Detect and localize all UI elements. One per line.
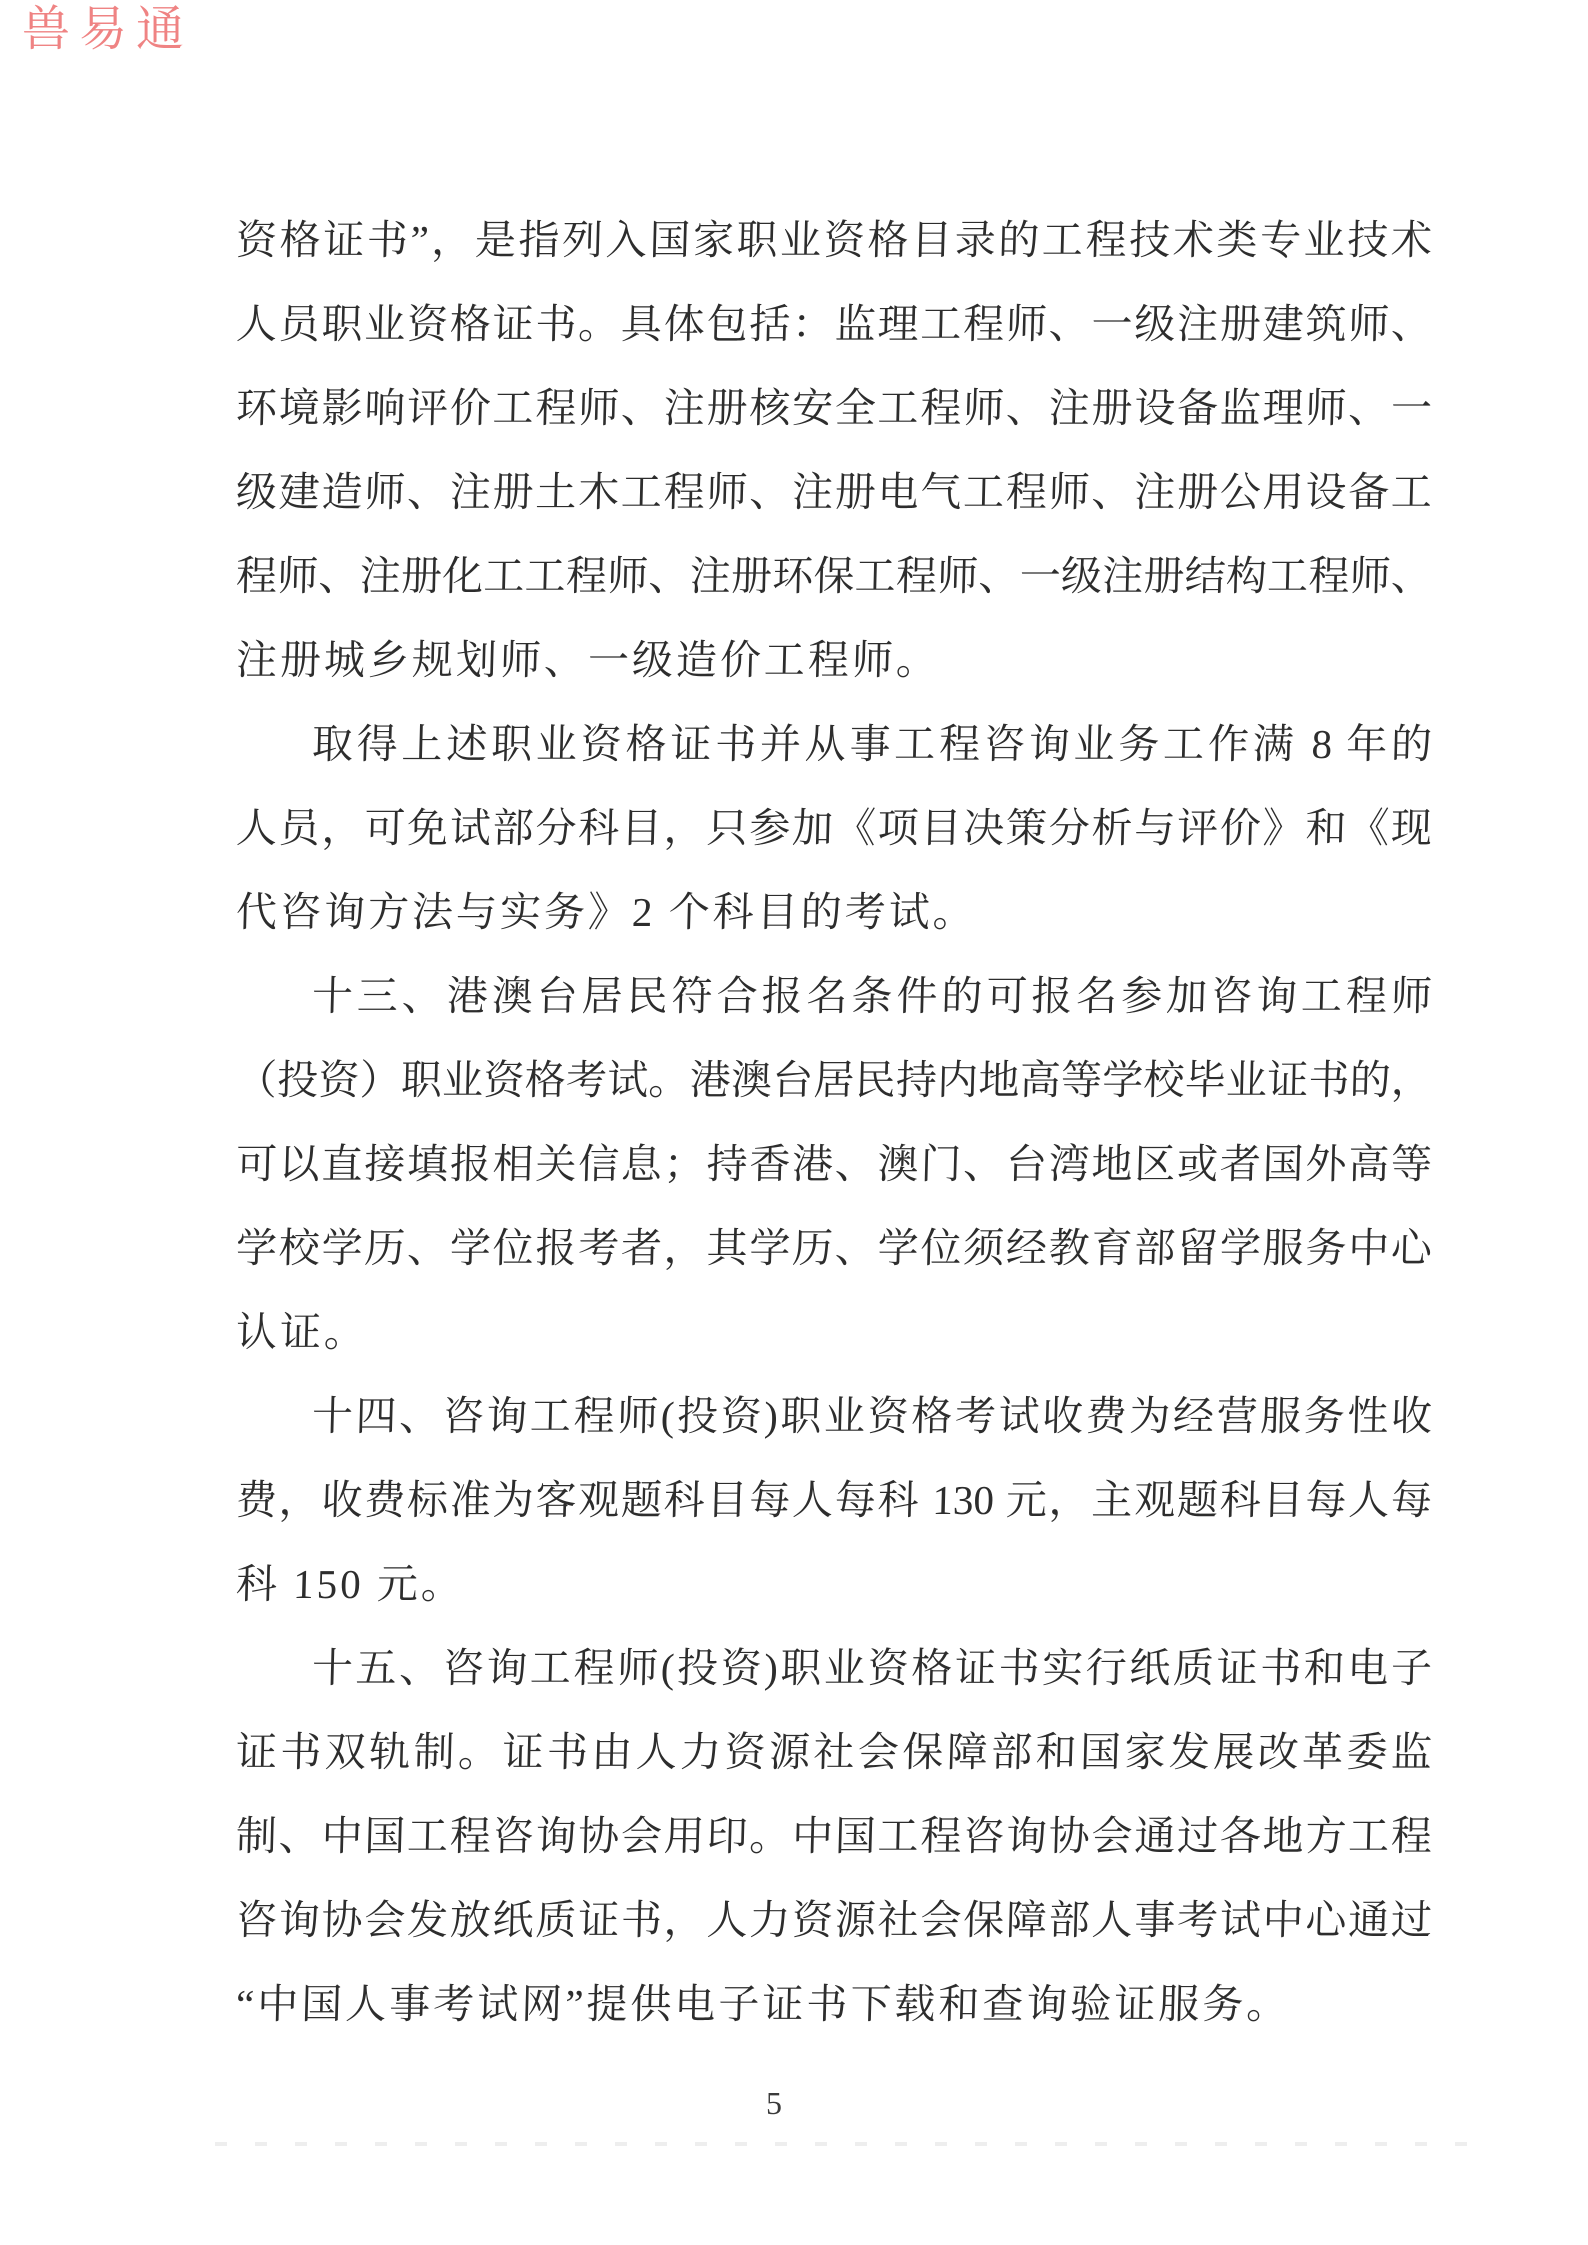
text-line: 人员职业资格证书。具体包括：监理工程师、一级注册建筑师、 bbox=[235, 282, 1433, 366]
text-line: 人员，可免试部分科目，只参加《项目决策分析与评价》和《现 bbox=[235, 786, 1433, 870]
text-line: 十五、咨询工程师(投资)职业资格证书实行纸质证书和电子 bbox=[235, 1626, 1433, 1710]
text-line: 证书双轨制。证书由人力资源社会保障部和国家发展改革委监 bbox=[235, 1710, 1433, 1794]
text-line: 级建造师、注册土木工程师、注册电气工程师、注册公用设备工 bbox=[235, 450, 1433, 534]
text-line: 科 150 元。 bbox=[235, 1542, 1433, 1626]
text-line: 十四、咨询工程师(投资)职业资格考试收费为经营服务性收 bbox=[235, 1374, 1433, 1458]
text-line: 学校学历、学位报考者，其学历、学位须经教育部留学服务中心 bbox=[235, 1206, 1433, 1290]
watermark-text: 兽易通 bbox=[22, 2, 193, 58]
text-line: 环境影响评价工程师、注册核安全工程师、注册设备监理师、一 bbox=[235, 366, 1433, 450]
document-body: 资格证书”，是指列入国家职业资格目录的工程技术类专业技术人员职业资格证书。具体包… bbox=[236, 198, 1432, 2046]
text-line: “中国人事考试网”提供电子证书下载和查询验证服务。 bbox=[235, 1962, 1433, 2046]
text-line: 制、中国工程咨询协会用印。中国工程咨询协会通过各地方工程 bbox=[235, 1794, 1433, 1878]
text-line: 代咨询方法与实务》2 个科目的考试。 bbox=[235, 870, 1433, 954]
text-line: 费，收费标准为客观题科目每人每科 130 元，主观题科目每人每 bbox=[235, 1458, 1433, 1542]
text-line: 十三、港澳台居民符合报名条件的可报名参加咨询工程师 bbox=[235, 954, 1433, 1038]
text-line: 咨询协会发放纸质证书，人力资源社会保障部人事考试中心通过 bbox=[235, 1878, 1433, 1962]
page-number: 5 bbox=[753, 2083, 795, 2123]
text-line: 资格证书”，是指列入国家职业资格目录的工程技术类专业技术 bbox=[235, 198, 1433, 282]
text-line: 注册城乡规划师、一级造价工程师。 bbox=[235, 618, 1433, 702]
document-page: 兽易通 资格证书”，是指列入国家职业资格目录的工程技术类专业技术人员职业资格证书… bbox=[0, 0, 1588, 2245]
text-line: （投资）职业资格考试。港澳台居民持内地高等学校毕业证书的， bbox=[235, 1038, 1433, 1122]
text-line: 可以直接填报相关信息；持香港、澳门、台湾地区或者国外高等 bbox=[235, 1122, 1433, 1206]
scan-noise-artifact bbox=[215, 2142, 1485, 2146]
text-line: 取得上述职业资格证书并从事工程咨询业务工作满 8 年的 bbox=[235, 702, 1433, 786]
text-line: 认证。 bbox=[235, 1290, 1433, 1374]
text-line: 程师、注册化工工程师、注册环保工程师、一级注册结构工程师、 bbox=[235, 534, 1433, 618]
